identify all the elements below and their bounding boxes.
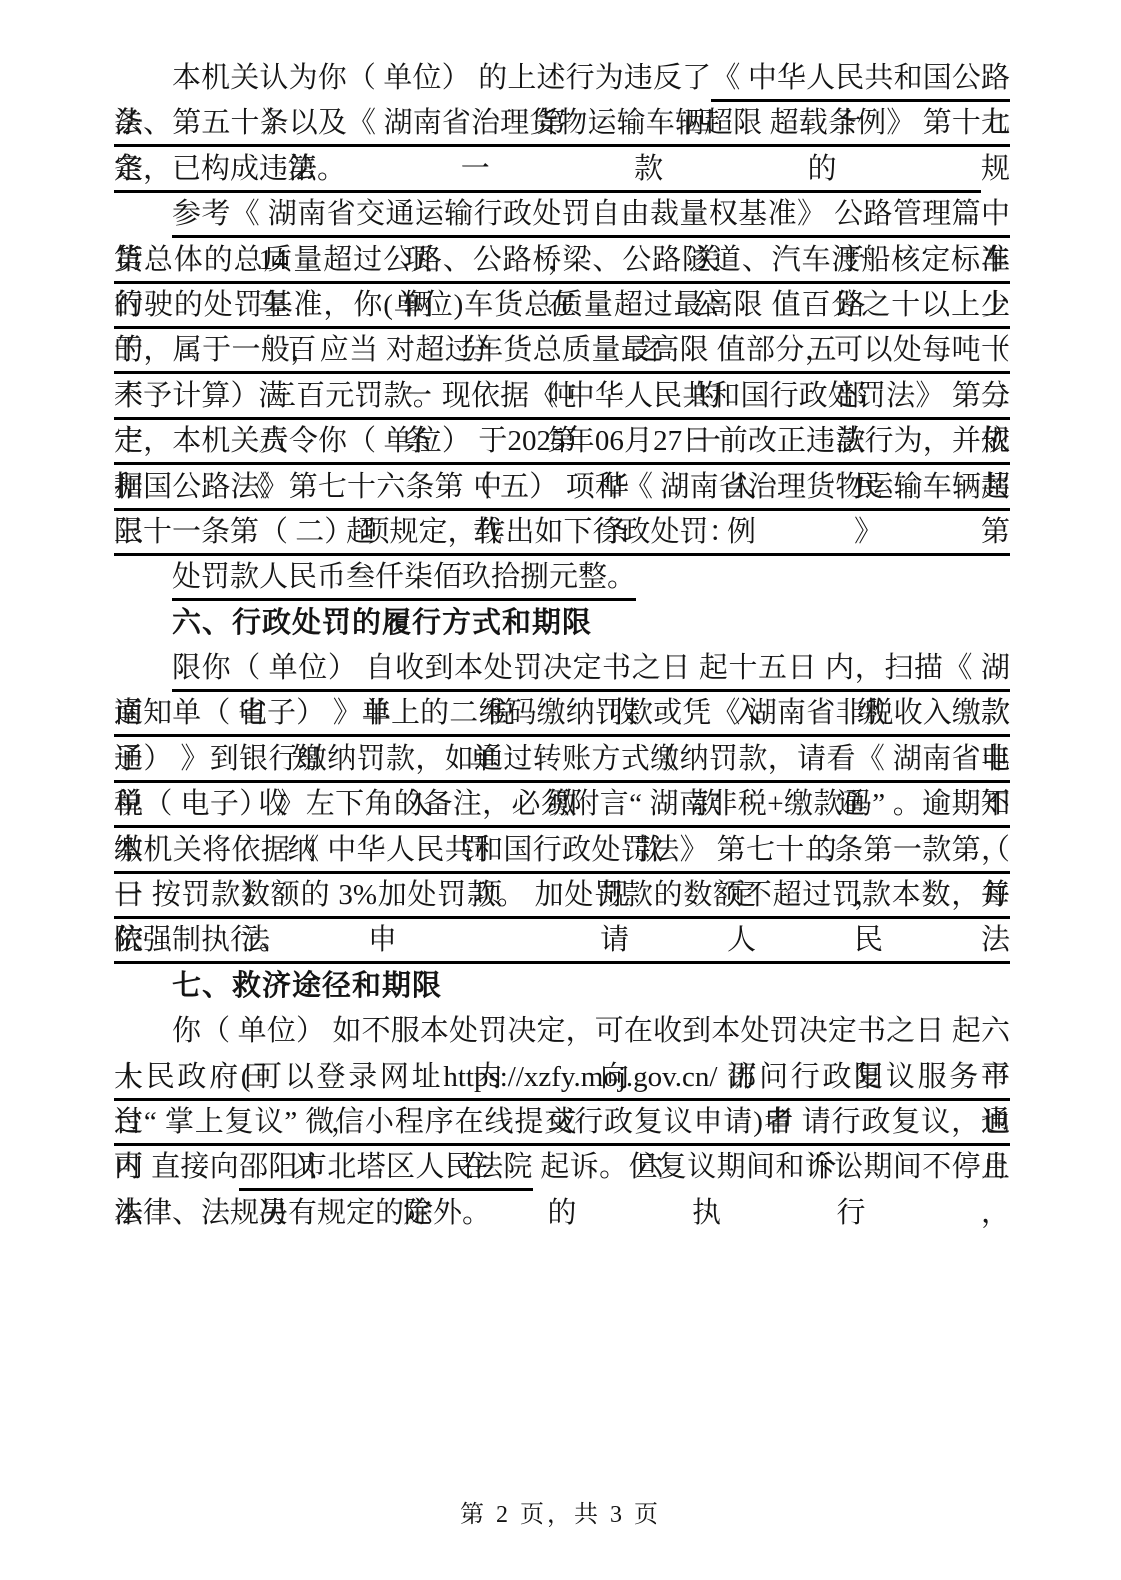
- section-heading: 六、行政处罚的履行方式和期限: [114, 601, 1010, 646]
- text-segment: 规: [981, 153, 1010, 185]
- text-segment: 六、行政处罚的履行方式和期限: [172, 607, 592, 639]
- text-line: 定，本机关责令你（ 单位） 于2025年06月27日 前改正违法行为，并依据《 …: [114, 419, 1010, 464]
- text-line: 行驶的处罚基准，你(单位)车货总质量超过最高限 值百分之十以上少于百分之五十: [114, 283, 1010, 328]
- text-segment: 七、救济途径和期限: [172, 970, 442, 1002]
- text-line: 过“ 掌上复议” 微信小程序在线提交行政复议申请)申 请行政复议，也可以在六个月: [114, 1100, 1010, 1145]
- underlined-text: 日 按罚款数额的 3%加处罚款。: [114, 879, 527, 919]
- underlined-text: 过“ 掌上复议” 微信小程序在线提交行政复议申请): [114, 1106, 763, 1146]
- underlined-text: 处罚款人民币叁仟柒佰玖拾捌元整。: [172, 561, 636, 601]
- text-line: 货总体的总质量超过公路、公路桥梁、公路隧道、汽车渡船核定标准的车辆在公路上: [114, 238, 1010, 283]
- underlined-text: 三十一条第（ 二） 项规: [114, 516, 419, 556]
- text-segment: 定，已构成违法。: [114, 153, 346, 185]
- text-line: 条、第五十条以及《 湖南省治理货物运输车辆超限 超载条例》 第十七条第一款的规: [114, 101, 1010, 146]
- underlined-text: 院强制执行。: [114, 924, 288, 964]
- text-line: 内 直接向邵阳市北塔区人民法院 起诉。但复议期间和诉讼期间不停止本决定的执行，: [114, 1145, 1010, 1190]
- text-segment: 本机关认为你（ 单位） 的上述行为违反了: [172, 62, 711, 94]
- underlined-text: 定，本机关责令你（ 单位） 于2025年06月27日 前改正违法行为，并依: [114, 425, 1010, 465]
- text-line: 处罚款人民币叁仟柒佰玖拾捌元整。: [114, 555, 1010, 600]
- text-line: 限你（ 单位） 自收到本处罚决定书之日 起十五日 内，扫描《 湖南省非税收入缴款: [114, 646, 1010, 691]
- text-line: 不予计算） 三百元罚款。现依据《 中华人民共和国行政处罚法》 第二十八条第一款规: [114, 374, 1010, 419]
- text-line: 子） 》到银行缴纳罚款，如通过转账方式缴纳罚款，请看《 湖南省非税收入缴款通知: [114, 737, 1010, 782]
- text-line: 人民政府(可以登录网址https://xzfy.moj.gov.cn/ 访问行政…: [114, 1055, 1010, 1100]
- text-segment: 现: [442, 380, 471, 412]
- text-line: 单（ 电子） 》左下角的备注，必须附言“ 湖南非税+缴款码” 。逾期不缴纳罚款的…: [114, 782, 1010, 827]
- text-segment: 内 直接向: [114, 1151, 239, 1183]
- document-page: { "page": { "background": "#ffffff", "te…: [0, 0, 1121, 1580]
- underlined-text: 邵阳市北塔区人民法院: [239, 1151, 533, 1191]
- text-line: 的，属于一般，应当 对超过车货总质量最高限 值部分，可以处每吨（ 未满一吨的部分: [114, 328, 1010, 373]
- section-heading: 七、救济途径和期限: [114, 964, 1010, 1009]
- text-line: 日 按罚款数额的 3%加处罚款。 加处罚款的数额不超过罚款本数，并依法申 请人民…: [114, 873, 1010, 918]
- text-line: 你（ 单位） 如不服本处罚决定，可在收到本处罚决定书之日 起六十日 内向邵阳市: [114, 1009, 1010, 1054]
- text-segment: 定，作出如下行政处罚：: [419, 516, 738, 548]
- text-line: 本机关认为你（ 单位） 的上述行为违反了《 中华人民共和国公路法》 第四十九: [114, 56, 1010, 101]
- text-line: 通知单（ 电子） 》单上的二维码缴纳罚款或凭《 湖南省非税收入缴款通知单（ 电: [114, 691, 1010, 736]
- text-segment: 法律、法规另有规定的除外。: [114, 1197, 491, 1229]
- text-segment: [527, 879, 535, 911]
- page-footer: 第 2 页，共 3 页: [0, 1494, 1121, 1529]
- text-line: 本机关将依据《 中华人民共和国行政处罚法》 第七十二条第一款第（ 一） 项规定，…: [114, 828, 1010, 873]
- document-body: 本机关认为你（ 单位） 的上述行为违反了《 中华人民共和国公路法》 第四十九条、…: [114, 56, 1010, 1236]
- text-line: 和国公路法》第七十六条第（ 五） 项和《 湖南省治理货物运输车辆超限 超载条例》…: [114, 465, 1010, 510]
- underlined-text: 不予计算） 三百元罚款。: [114, 380, 442, 420]
- text-line: 参考《 湖南省交通运输行政处罚自由裁量权基准》 公路管理篇中第14项，关于车: [114, 192, 1010, 237]
